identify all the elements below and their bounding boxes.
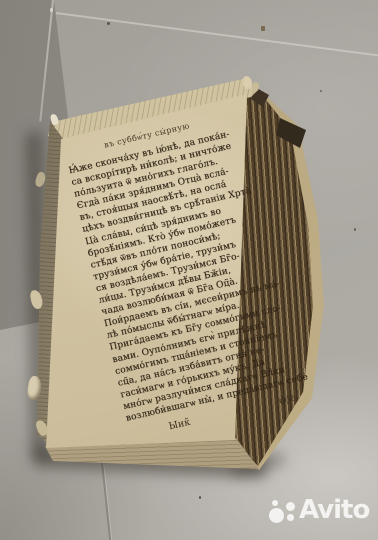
background-crease-diagonal bbox=[56, 12, 378, 56]
avito-logo-circle-small2 bbox=[287, 514, 294, 521]
background-speck bbox=[50, 8, 53, 12]
photo-old-book: въ суббѡ́ту сы́рную Ꙗ́же сконча́ху въ ію… bbox=[0, 0, 378, 540]
background-speck bbox=[261, 26, 265, 31]
background-speck bbox=[199, 496, 201, 499]
background-speck bbox=[107, 22, 110, 25]
background-speck bbox=[320, 90, 322, 92]
background-scratch-line bbox=[101, 462, 111, 540]
avito-logo-circle-large bbox=[269, 508, 284, 523]
avito-watermark: Avito bbox=[266, 498, 374, 536]
avito-logo-circle-medium bbox=[286, 502, 295, 511]
background-speck bbox=[354, 228, 356, 231]
avito-logo-circle-small bbox=[272, 500, 278, 506]
avito-watermark-text: Avito bbox=[299, 495, 369, 525]
